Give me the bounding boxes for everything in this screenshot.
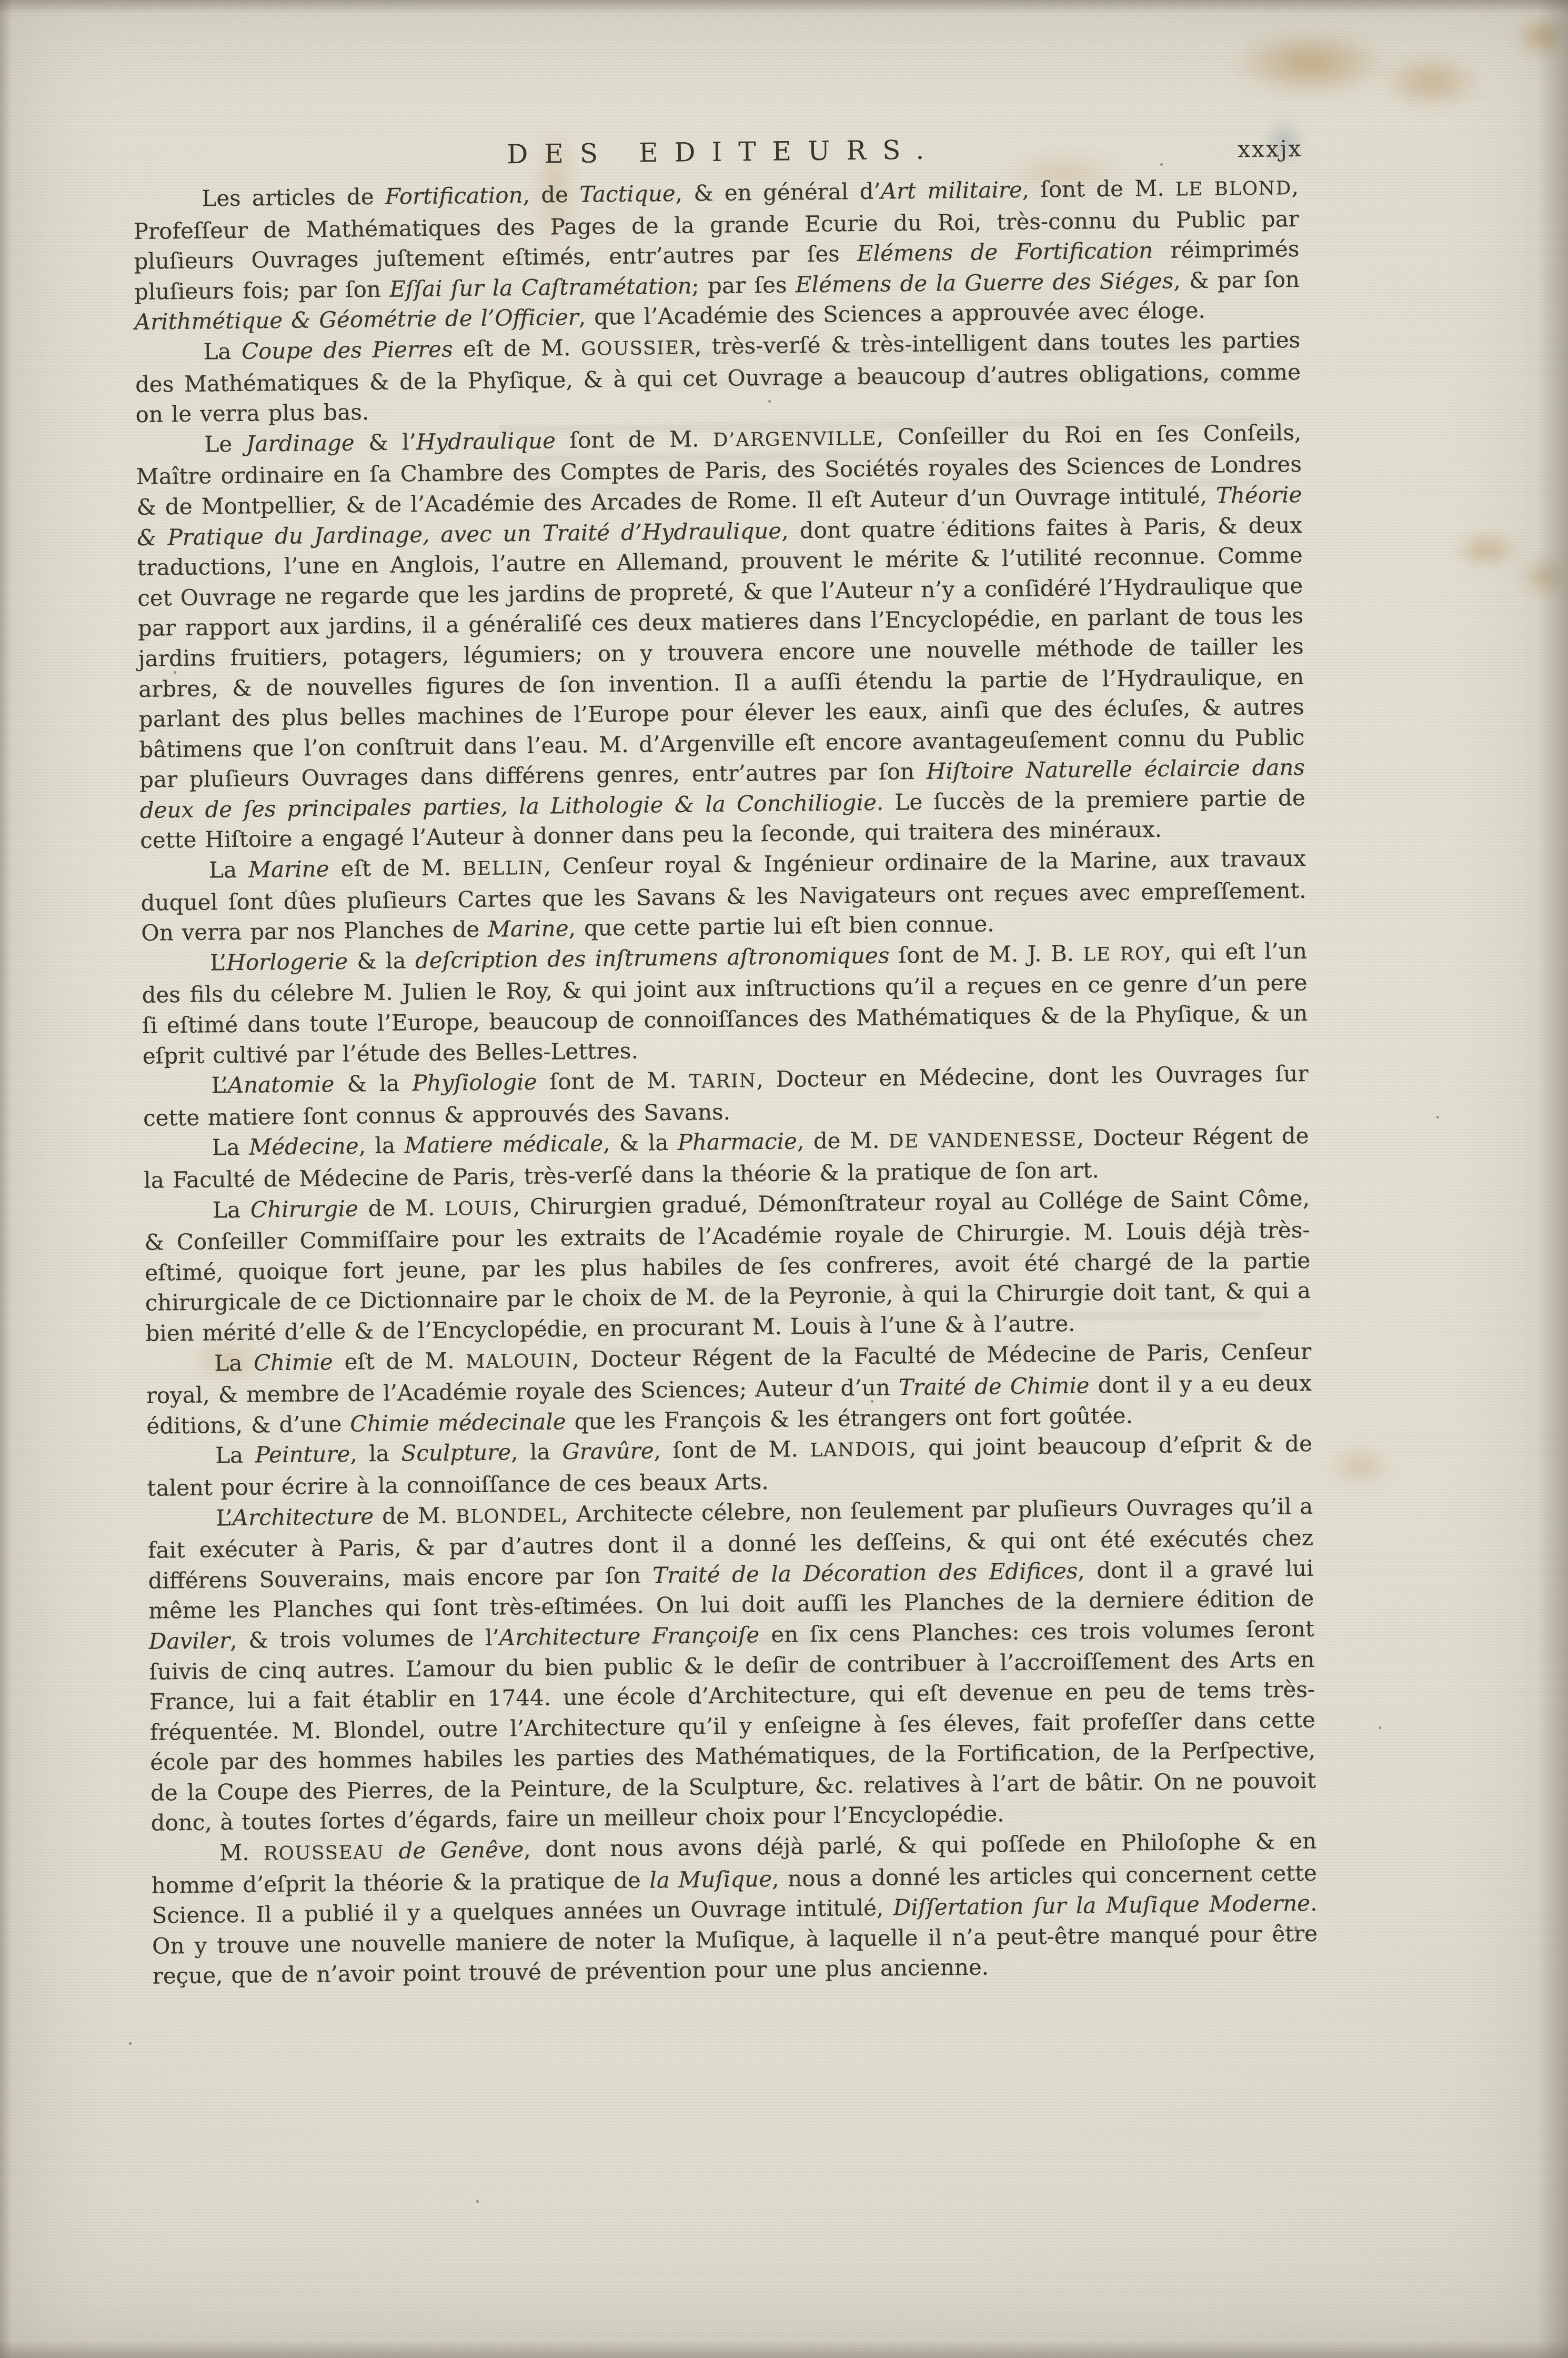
- text-segment-normal: . Le ſuccès de la premiere partie de cet…: [140, 785, 1305, 854]
- paragraph: Le Jardinage & l’Hydraulique ſont de M. …: [136, 417, 1306, 856]
- foxing-stain: [189, 1337, 268, 1384]
- text-segment-normal: en ſix cens Planches: ces trois volumes …: [149, 1616, 1316, 1836]
- text-segment-normal: La: [214, 1350, 254, 1376]
- text-segment-italic: Anatomie: [228, 1071, 335, 1098]
- ink-bleedthrough: [657, 334, 1247, 408]
- text-segment-normal: , la: [350, 1441, 401, 1467]
- text-segment-smallcaps: Rousseau: [264, 1842, 385, 1864]
- text-segment-smallcaps: Goussier: [581, 337, 695, 359]
- paragraph: La Coupe des Pierres eſt de M. Goussier,…: [135, 325, 1301, 430]
- paragraph: La Marine eſt de M. Bellin, Cenſeur roya…: [140, 843, 1307, 948]
- text-segment-normal: , qui joint beaucoup d’eſprit & de talen…: [147, 1431, 1312, 1501]
- text-segment-normal: dont il y a eu deux éditions, & d’une: [146, 1370, 1312, 1439]
- scanned-book-page: DES EDITEURS. xxxjx Les articles de Fort…: [0, 0, 1568, 2358]
- text-segment-normal: Les articles de: [202, 184, 385, 212]
- text-segment-smallcaps: Blondel: [456, 1505, 561, 1527]
- text-segment-normal: , dont il a gravé lui même les Planches …: [148, 1555, 1314, 1624]
- text-segment-normal: réimprimés pluſieurs fois; par ſon: [134, 236, 1300, 305]
- text-segment-normal: ſont de M. J. B.: [889, 940, 1083, 968]
- text-segment-italic: Gravûre: [562, 1438, 654, 1465]
- dust-speck: [174, 671, 176, 674]
- paragraph: La Médecine, la Matiere médicale, & la P…: [143, 1121, 1309, 1195]
- foxing-stain: [1515, 16, 1568, 58]
- text-segment-normal: de M.: [374, 1502, 456, 1529]
- text-segment-italic: Art militaire: [880, 177, 1022, 204]
- text-segment-normal: ſont de M.: [537, 1067, 689, 1095]
- text-segment-italic: Peinture: [255, 1441, 350, 1468]
- text-segment-normal: [384, 1838, 399, 1864]
- text-segment-italic: Médecine: [249, 1133, 359, 1160]
- ink-smudge: [1265, 118, 1302, 166]
- paragraph: L’Anatomie & la Phyſiologie ſont de M. T…: [143, 1058, 1309, 1133]
- text-segment-italic: Hydraulique: [416, 427, 556, 455]
- foxing-stain: [531, 121, 579, 258]
- paragraph: Les articles de Fortification, de Tactiq…: [133, 172, 1300, 337]
- text-segment-smallcaps: le Roy: [1083, 943, 1164, 966]
- page-title: DES EDITEURS.: [133, 131, 1298, 174]
- dust-speck: [295, 890, 297, 892]
- text-segment-normal: La: [203, 338, 242, 365]
- text-segment-italic: Tactique: [579, 181, 676, 207]
- text-segment-italic: deſcription des inſtrumens aſtronomiques: [415, 942, 890, 973]
- text-segment-italic: Marine: [248, 856, 329, 883]
- text-segment-smallcaps: Malouin: [466, 1350, 572, 1373]
- text-segment-italic: Hiſtoire Naturelle éclaircie dans deux d…: [140, 754, 1305, 823]
- text-segment-normal: , que l’Académie des Sciences a approuvé…: [579, 297, 1205, 330]
- text-segment-normal: , Cenſeur royal & Ingénieur ordinaire de…: [140, 845, 1306, 946]
- text-segment-normal: . On y trouve une nouvelle maniere de no…: [152, 1890, 1318, 1989]
- text-segment-normal: ; par ſes: [691, 272, 796, 298]
- text-segment-italic: Elémens de Fortification: [857, 237, 1153, 266]
- text-segment-italic: Fortification: [385, 182, 523, 209]
- text-segment-smallcaps: Landois: [810, 1439, 909, 1462]
- text-segment-normal: ſont de M.: [556, 426, 713, 453]
- dust-speck: [605, 1642, 608, 1645]
- foxing-stain: [1452, 532, 1521, 568]
- dust-speck: [129, 2042, 132, 2045]
- page-edge-shadow-bottom: [0, 2340, 1568, 2358]
- text-segment-italic: Phyſiologie: [412, 1069, 537, 1096]
- page-content: DES EDITEURS. xxxjx Les articles de Fort…: [133, 131, 1318, 1992]
- text-segment-normal: & la: [334, 1071, 412, 1097]
- page-header: DES EDITEURS. xxxjx: [133, 131, 1299, 178]
- paragraph: M. Rousseau de Genêve, dont nous avons d…: [151, 1826, 1318, 1992]
- text-segment-italic: Matiere médicale: [404, 1131, 603, 1158]
- text-segment-normal: , la: [359, 1133, 405, 1159]
- text-segment-normal: , Docteur Régent de la Faculté de Médeci…: [144, 1123, 1309, 1193]
- dust-speck: [476, 2200, 479, 2203]
- text-block: Les articles de Fortification, de Tactiq…: [133, 172, 1318, 1992]
- text-segment-italic: Pharmacie: [678, 1128, 798, 1155]
- text-segment-normal: La: [209, 857, 248, 883]
- text-segment-smallcaps: Tarin: [689, 1070, 756, 1092]
- text-segment-italic: de Genêve: [398, 1836, 524, 1864]
- text-segment-smallcaps: Louis: [445, 1197, 513, 1220]
- text-segment-italic: Jardinage: [246, 429, 355, 456]
- text-segment-normal: de M.: [358, 1194, 445, 1221]
- text-segment-normal: L’: [211, 1072, 228, 1098]
- foxing-stain: [1326, 1445, 1394, 1487]
- paragraph: L’Horlogerie & la deſcription des inſtru…: [142, 936, 1308, 1071]
- text-segment-normal: , Conſeiller du Roi en ſes Conſeils, Maî…: [136, 419, 1302, 520]
- foxing-stain: [1231, 29, 1389, 97]
- text-segment-normal: eſt de M.: [329, 854, 463, 882]
- text-segment-italic: Elémens de la Guerre des Siéges: [796, 267, 1174, 297]
- text-segment-normal: , Chirurgien gradué, Démonſtrateur royal…: [144, 1185, 1311, 1346]
- text-segment-smallcaps: d’Argenville: [713, 427, 877, 451]
- text-segment-italic: Traité de la Décoration des Edifices: [652, 1557, 1078, 1588]
- text-segment-smallcaps: Bellin: [463, 857, 544, 880]
- page-edge-shadow-left: [0, 0, 12, 2358]
- text-segment-smallcaps: Le Blond: [1175, 177, 1292, 200]
- text-segment-italic: Chimie: [254, 1349, 333, 1376]
- text-segment-normal: , Architecte célebre, non ſeulement par …: [148, 1493, 1313, 1593]
- text-segment-italic: Coupe des Pierres: [242, 336, 453, 364]
- dust-speck: [871, 1400, 873, 1403]
- text-segment-normal: Le: [204, 431, 246, 457]
- text-segment-normal: & l’: [355, 429, 417, 455]
- text-segment-normal: , ſont de M.: [654, 1436, 810, 1464]
- ink-bleedthrough: [605, 1238, 1264, 1372]
- text-segment-italic: Diſſertation ſur la Muſique Moderne: [893, 1890, 1310, 1921]
- text-segment-normal: , qui eſt l’un des fils du célebre M. Ju…: [142, 938, 1308, 1069]
- text-segment-normal: , de: [522, 182, 579, 208]
- text-segment-normal: , Profeſſeur de Mathématiques des Pages …: [134, 174, 1299, 274]
- paragraph: La Chimie eſt de M. Malouin, Docteur Rég…: [146, 1336, 1312, 1441]
- text-segment-italic: Sculpture: [401, 1440, 511, 1466]
- page-edge-shadow-right: [1537, 0, 1568, 2358]
- text-segment-italic: Théorie & Pratique du Jardinage, avec un…: [137, 482, 1302, 551]
- text-segment-italic: Horlogerie: [226, 948, 348, 975]
- dust-speck: [768, 400, 771, 403]
- text-segment-normal: L’: [210, 950, 227, 975]
- text-segment-normal: , Docteur Régent de la Faculté de Médeci…: [146, 1338, 1312, 1408]
- text-segment-normal: La: [213, 1196, 250, 1223]
- foxing-stain: [1000, 150, 1126, 197]
- ink-bleedthrough: [515, 1591, 1227, 1694]
- page-number: xxxjx: [1238, 136, 1303, 163]
- foxing-stain: [1379, 53, 1484, 111]
- text-segment-normal: , de M.: [797, 1127, 889, 1154]
- text-segment-italic: Architecture: [232, 1503, 374, 1531]
- text-segment-italic: Architecture Françoiſe: [499, 1622, 760, 1650]
- text-segment-normal: , très-verſé & très-intelligent dans tou…: [135, 327, 1301, 427]
- text-segment-italic: Arithmétique & Géométrie de l’Officier: [134, 304, 579, 335]
- text-segment-normal: que les François & les étrangers ont for…: [566, 1402, 1133, 1434]
- paragraph: La Peinture, la Sculpture, la Gravûre, ſ…: [147, 1428, 1313, 1503]
- paragraph: L’Architecture de M. Blondel, Architecte…: [147, 1491, 1316, 1838]
- text-segment-smallcaps: de Vandenesse: [889, 1129, 1077, 1153]
- text-segment-normal: , ſont de M.: [1022, 175, 1175, 203]
- text-segment-normal: L’: [216, 1505, 233, 1531]
- text-segment-italic: Daviler: [149, 1627, 230, 1654]
- text-segment-normal: , nous a donné les articles qui concerne…: [152, 1860, 1317, 1929]
- ink-bleedthrough: [499, 406, 1263, 515]
- text-segment-italic: Chirurgie: [250, 1195, 359, 1222]
- text-segment-normal: , & par ſon: [1173, 266, 1300, 294]
- text-segment-normal: , dont nous avons déjà parlé, & qui poſſ…: [152, 1828, 1317, 1899]
- dust-speck: [1294, 1926, 1297, 1929]
- text-segment-italic: Eſſai ſur la Caſtramétation: [389, 273, 692, 302]
- text-segment-normal: , que cette partie lui eſt bien connue.: [568, 911, 994, 942]
- text-segment-normal: , la: [511, 1439, 562, 1465]
- foxing-stain: [1518, 555, 1568, 597]
- text-segment-italic: la Muſique: [649, 1866, 772, 1893]
- dust-speck: [942, 521, 944, 524]
- text-segment-normal: M.: [219, 1840, 264, 1866]
- text-segment-normal: , Docteur en Médecine, dont les Ouvrages…: [143, 1061, 1309, 1131]
- dust-speck: [1436, 1116, 1439, 1118]
- text-segment-normal: eſt de M.: [453, 335, 581, 362]
- text-segment-italic: Traité de Chimie: [898, 1373, 1089, 1401]
- text-segment-normal: , & la: [603, 1130, 678, 1156]
- text-segment-normal: La: [212, 1134, 249, 1161]
- page-edge-shadow-top: [0, 0, 1568, 14]
- dust-speck: [1379, 1726, 1381, 1729]
- paragraph: La Chirurgie de M. Louis, Chirurgien gra…: [144, 1183, 1311, 1348]
- text-segment-italic: Marine: [488, 915, 569, 942]
- text-segment-normal: , & en général d’: [675, 178, 881, 206]
- text-segment-italic: Chimie médecinale: [350, 1408, 566, 1436]
- text-segment-normal: , & trois volumes de l’: [230, 1625, 499, 1654]
- text-segment-normal: , dont quatre éditions faites à Paris, &…: [137, 512, 1305, 793]
- text-segment-normal: & la: [348, 947, 415, 974]
- dust-speck: [221, 1826, 224, 1829]
- dust-speck: [1108, 1005, 1110, 1008]
- text-segment-normal: eſt de M.: [333, 1347, 466, 1375]
- dust-speck: [1160, 163, 1163, 166]
- text-segment-normal: La: [215, 1442, 255, 1468]
